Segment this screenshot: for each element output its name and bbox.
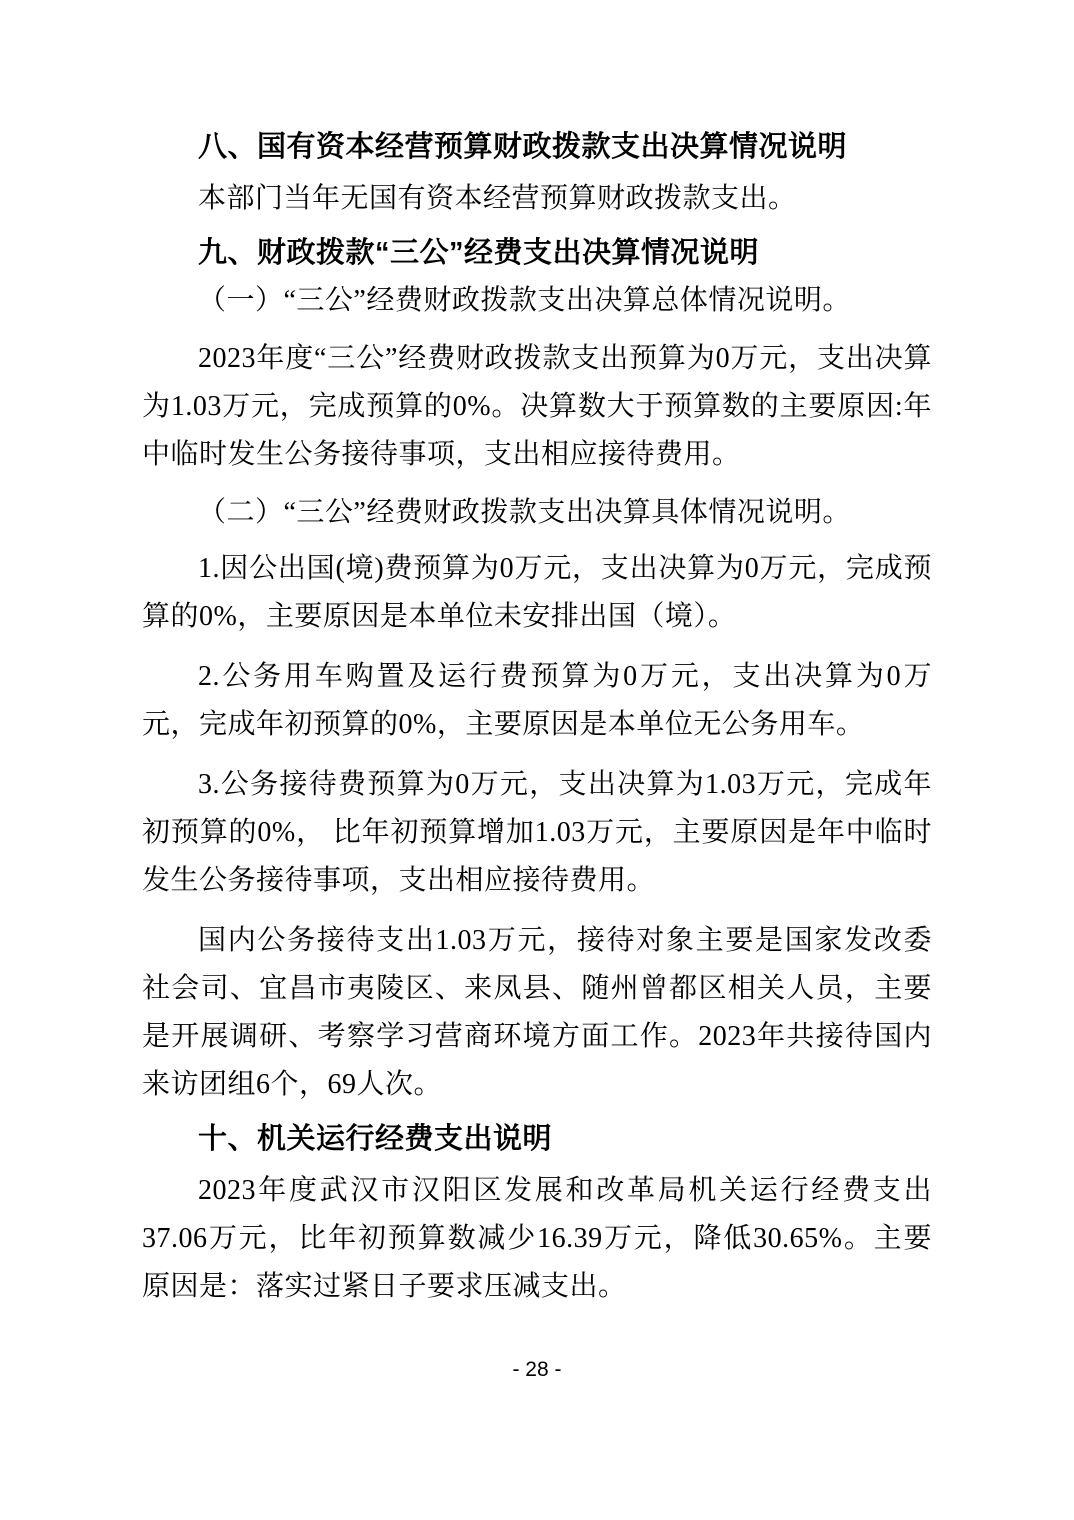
section-heading-viii: 八、国有资本经营预算财政拨款支出决算情况说明 [142,123,932,171]
para-official-vehicles: 2.公务用车购置及运行费预算为0万元，支出决算为0万元，完成年初预算的0%，主要… [142,653,932,749]
para-official-reception: 3.公务接待费预算为0万元，支出决算为1.03万元，完成年初预算的0%， 比年初… [142,761,932,905]
document-body: 八、国有资本经营预算财政拨款支出决算情况说明 本部门当年无国有资本经营预算财政拨… [142,123,932,1311]
para-three-public-overall-title: （一）“三公”经费财政拨款支出决算总体情况说明。 [142,277,932,325]
para-three-public-budget-summary: 2023年度“三公”经费财政拨款支出预算为0万元，支出决算为1.03万元，完成预… [142,335,932,479]
document-page: 八、国有资本经营预算财政拨款支出决算情况说明 本部门当年无国有资本经营预算财政拨… [0,0,1074,1520]
para-domestic-reception-detail: 国内公务接待支出1.03万元，接待对象主要是国家发改委社会司、宜昌市夷陵区、来凤… [142,917,932,1109]
para-no-soe-budget: 本部门当年无国有资本经营预算财政拨款支出。 [142,175,932,223]
para-three-public-detail-title: （二）“三公”经费财政拨款支出决算具体情况说明。 [142,489,932,537]
page-number: - 28 - [0,1356,1074,1384]
para-operating-expenses: 2023年度武汉市汉阳区发展和改革局机关运行经费支出37.06万元，比年初预算数… [142,1167,932,1311]
section-heading-ix: 九、财政拨款“三公”经费支出决算情况说明 [142,229,932,277]
para-overseas-trips: 1.因公出国(境)费预算为0万元，支出决算为0万元，完成预算的0%，主要原因是本… [142,545,932,641]
section-heading-x: 十、机关运行经费支出说明 [142,1115,932,1163]
